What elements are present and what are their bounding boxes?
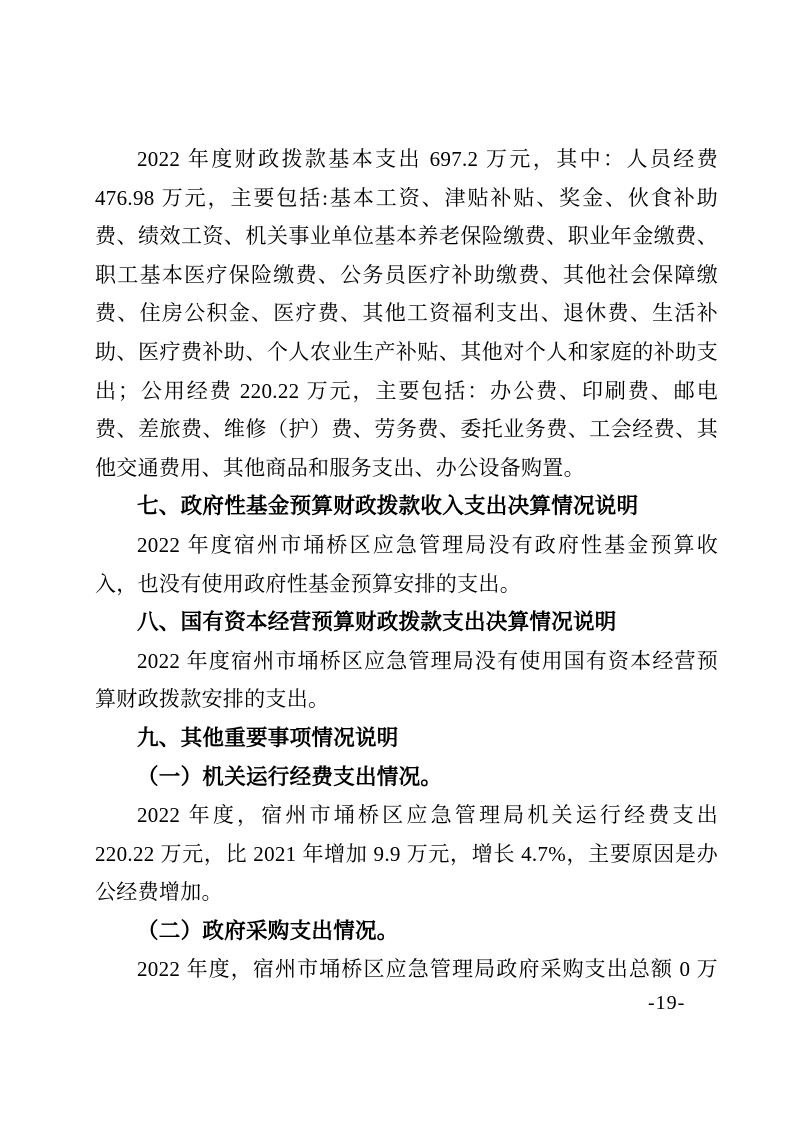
paragraph-operating-expenses: 2022 年度，宿州市埇桥区应急管理局机关运行经费支出 220.22 万元，比 … (95, 796, 718, 912)
paragraph-state-capital-budget: 2022 年度宿州市埇桥区应急管理局没有使用国有资本经营预算财政拨款安排的支出。 (95, 642, 718, 719)
heading-subsection-2-govt-procurement: （二）政府采购支出情况。 (95, 912, 718, 951)
heading-section-9-other-important-matters: 九、其他重要事项情况说明 (95, 719, 718, 758)
heading-section-8-state-capital-budget: 八、国有资本经营预算财政拨款支出决算情况说明 (95, 603, 718, 642)
paragraph-govt-fund-budget: 2022 年度宿州市埇桥区应急管理局没有政府性基金预算收入，也没有使用政府性基金… (95, 526, 718, 603)
document-page: 2022 年度财政拨款基本支出 697.2 万元，其中：人员经费 476.98 … (0, 0, 793, 1122)
heading-subsection-1-operating-expenses: （一）机关运行经费支出情况。 (95, 758, 718, 797)
paragraph-govt-procurement: 2022 年度，宿州市埇桥区应急管理局政府采购支出总额 0 万 (95, 950, 718, 989)
page-content: 2022 年度财政拨款基本支出 697.2 万元，其中：人员经费 476.98 … (95, 140, 718, 989)
heading-section-7-govt-fund-budget: 七、政府性基金预算财政拨款收入支出决算情况说明 (95, 487, 718, 526)
paragraph-basic-expenditure-breakdown: 2022 年度财政拨款基本支出 697.2 万元，其中：人员经费 476.98 … (95, 140, 718, 487)
page-number: -19- (648, 991, 685, 1015)
